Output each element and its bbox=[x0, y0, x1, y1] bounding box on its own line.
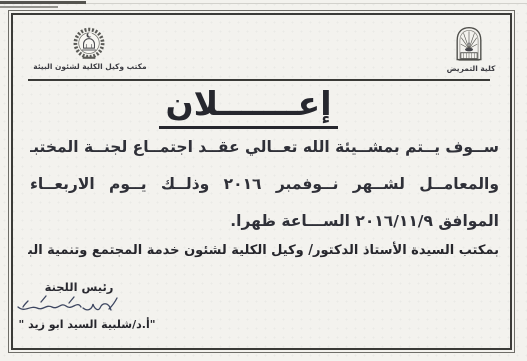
announcement-body: ســوف يــتم بمشــيئة الله تعــالي عقــد … bbox=[30, 129, 499, 240]
scan-artifact-top-left bbox=[0, 1, 86, 4]
title-container: إعـــــــلان bbox=[0, 85, 497, 129]
body-line-2: والمعامــل لشــهر نــوفمبر ٢٠١٦ وذلــك ي… bbox=[30, 166, 499, 203]
signature-role-label: رئيس اللجنة bbox=[33, 280, 125, 294]
body-line-3: الموافق ٢٠١٦/١١/٩ الســـاعة ظهرا. bbox=[30, 203, 499, 240]
signature-name: "أ.د/شلبية السيد ابو زيد " bbox=[12, 318, 162, 331]
meeting-location-line: بمكتب السيدة الأستاذ الدكتور/ وكيل الكلي… bbox=[28, 241, 499, 261]
handwritten-signature bbox=[14, 293, 122, 321]
left-logo-caption: مكتب وكيل الكلية لشئون البيئة bbox=[33, 62, 147, 72]
university-emblem-icon bbox=[70, 25, 108, 65]
page-title: إعـــــــلان bbox=[159, 85, 337, 129]
announcement-page: مكتب وكيل الكلية لشئون البيئة bbox=[0, 0, 527, 361]
scan-artifact-top-left-2 bbox=[0, 6, 58, 8]
header-divider-rule bbox=[28, 79, 490, 81]
right-logo-caption: كلية التمريض bbox=[426, 64, 516, 74]
nursing-faculty-arch-icon bbox=[452, 25, 486, 65]
body-line-1: ســوف يــتم بمشــيئة الله تعــالي عقــد … bbox=[30, 129, 499, 166]
